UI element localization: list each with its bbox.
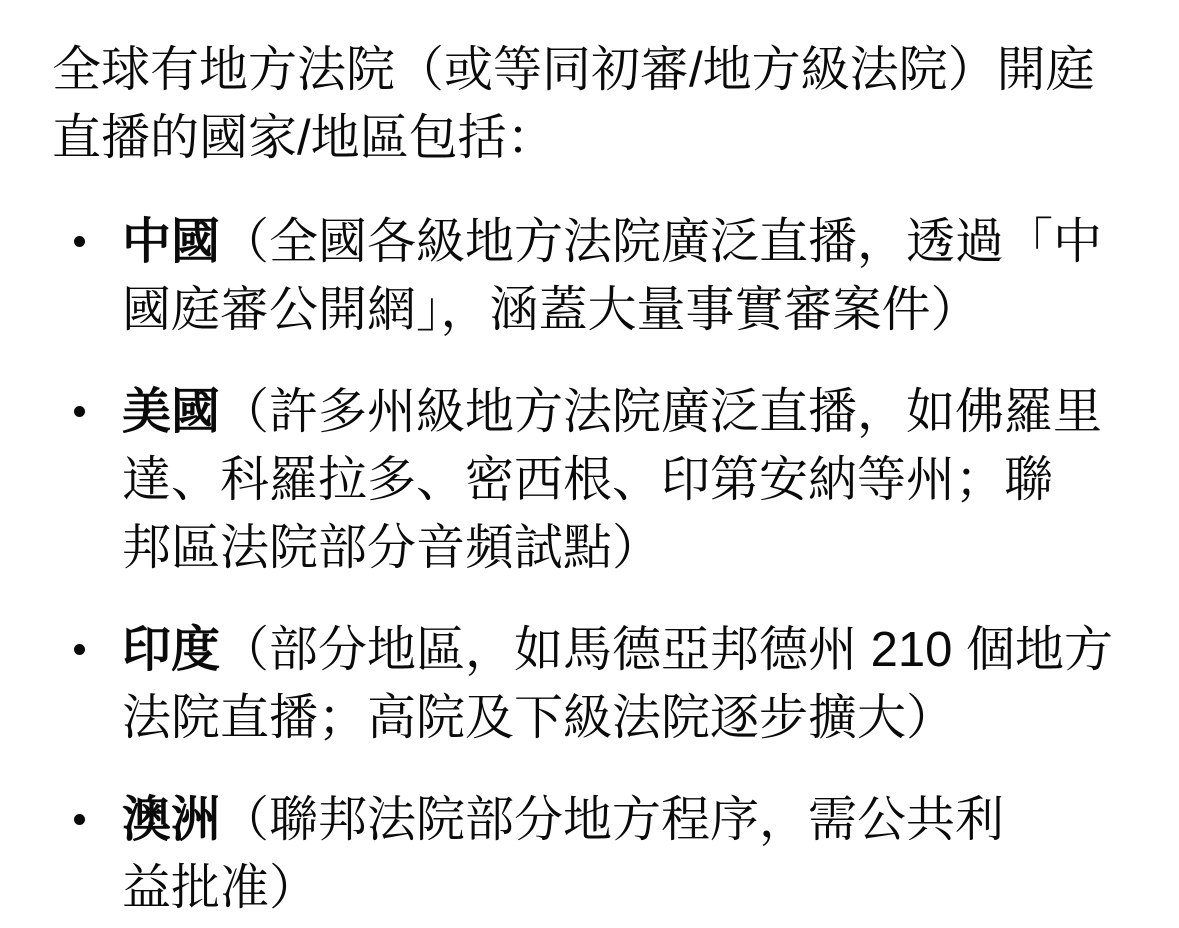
bullet-icon bbox=[74, 644, 85, 655]
country-detail-text: （部分地區，如馬德亞邦德州 210 個地方法院直播；高院及下級法院逐步擴大） bbox=[122, 623, 1113, 745]
country-name: 中國 bbox=[122, 215, 220, 269]
intro-paragraph: 全球有地方法院（或等同初審/地方級法院）開庭直播的國家/地區包括： bbox=[52, 36, 1149, 172]
country-name: 印度 bbox=[122, 623, 220, 677]
country-detail-text: （聯邦法院部分地方程序，需公共利益批准） bbox=[122, 793, 1004, 915]
country-name: 美國 bbox=[122, 385, 220, 439]
country-detail-text: （全國各級地方法院廣泛直播，透過「中國庭審公開網」，涵蓋大量事實審案件） bbox=[122, 215, 1102, 337]
country-name: 澳洲 bbox=[122, 793, 220, 847]
list-item: 印度（部分地區，如馬德亞邦德州 210 個地方法院直播；高院及下級法院逐步擴大） bbox=[52, 616, 1149, 752]
list-item: 澳洲（聯邦法院部分地方程序，需公共利益批准） bbox=[52, 786, 1149, 922]
text-message-body: 全球有地方法院（或等同初審/地方級法院）開庭直播的國家/地區包括： 中國（全國各… bbox=[0, 0, 1179, 928]
bullet-icon bbox=[74, 236, 85, 247]
list-item: 中國（全國各級地方法院廣泛直播，透過「中國庭審公開網」，涵蓋大量事實審案件） bbox=[52, 208, 1149, 344]
list-item: 美國（許多州級地方法院廣泛直播，如佛羅里達、科羅拉多、密西根、印第安納等州；聯邦… bbox=[52, 378, 1149, 582]
intro-line-2: 直播的國家/地區包括： bbox=[52, 111, 556, 165]
bullet-icon bbox=[74, 814, 85, 825]
bullet-icon bbox=[74, 406, 85, 417]
intro-line-1: 全球有地方法院（或等同初審/地方級法院）開庭 bbox=[52, 43, 1095, 97]
country-list: 中國（全國各級地方法院廣泛直播，透過「中國庭審公開網」，涵蓋大量事實審案件） 美… bbox=[52, 208, 1149, 922]
country-detail-text: （許多州級地方法院廣泛直播，如佛羅里達、科羅拉多、密西根、印第安納等州；聯邦區法… bbox=[122, 385, 1102, 575]
